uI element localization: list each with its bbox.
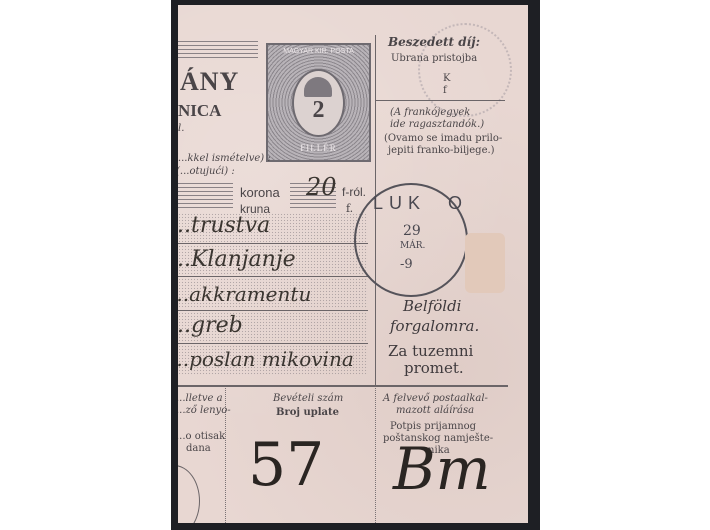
bottom-row-divider <box>178 385 508 387</box>
postmark-month: MÁR. <box>400 241 425 251</box>
stamp-value: 2 <box>294 97 343 124</box>
handwritten-amount: 20 <box>306 173 337 201</box>
korona-label: korona <box>240 185 280 200</box>
address-handwriting-1: ...trustva <box>178 213 270 238</box>
clerk-signature: Bm <box>393 435 491 503</box>
crown-icon <box>304 77 332 97</box>
franking-note-hr-1: (Ovamo se imadu prilo- <box>384 133 502 144</box>
filler-label-hu: f-ról. <box>342 185 366 199</box>
domestic-note-hu-2: forgalomra. <box>390 317 479 335</box>
amount-korona-field <box>178 183 233 208</box>
postmark-day: 29 <box>403 223 421 239</box>
domestic-note-hr-2: promet. <box>404 359 464 377</box>
imprinted-stamp-2-filler: MAGYAR KIR. POSTA 2 FILLÉR <box>266 43 371 162</box>
bottom-col-divider-2 <box>375 388 376 523</box>
franking-note-hr-2: jepiti franko-biljege.) <box>388 145 495 156</box>
signature-label-hr-1: Potpis prijamnog <box>390 421 476 432</box>
col1-hr-2: dana <box>186 443 211 454</box>
franking-note-hu-2: ide ragasztandók.) <box>390 119 484 130</box>
address-line-3 <box>178 310 368 311</box>
receipt-number-label-hu: Bevételi szám <box>273 393 343 404</box>
address-handwriting-2: ...Klanjanje <box>178 247 296 272</box>
stamp-oval: 2 <box>292 69 345 137</box>
address-line-1 <box>178 243 368 244</box>
address-handwriting-3: ...akkramentu <box>178 282 311 306</box>
stamp-bottom-text: FILLÉR <box>268 143 369 153</box>
header-stripes <box>178 41 258 61</box>
repeat-label-hr: (...otujući) : <box>178 166 235 177</box>
title-hungarian: ÁNY <box>180 67 239 97</box>
signature-label-hu-2: mazott aláírása <box>396 405 474 416</box>
postmark-town: LUK O <box>373 193 468 214</box>
subtitle-fragment: l. <box>178 123 184 134</box>
receipt-number-label-hr: Broj uplate <box>276 407 339 418</box>
col1-hu-1: ...lletve a <box>178 393 223 404</box>
col1-hr-1: ...o otisak <box>178 431 225 442</box>
money-order-fragment: ÁNY NICA l. MAGYAR KIR. POSTA 2 FILLÉR B… <box>178 5 528 523</box>
receipt-number-handwritten: 57 <box>248 430 324 500</box>
col1-partial-circle <box>178 465 200 523</box>
stamp-top-text: MAGYAR KIR. POSTA <box>268 48 369 55</box>
address-handwriting-5: ...poslan mikovina <box>178 347 354 371</box>
domestic-note-hu-1: Belföldi <box>403 297 461 315</box>
address-line-2 <box>178 276 368 277</box>
address-line-4 <box>178 343 368 344</box>
repeat-label-hu: (...kkel ismételve) : <box>178 153 271 164</box>
faint-postmark <box>418 23 512 117</box>
signature-label-hu-1: A felvevő postaalkal- <box>383 393 488 404</box>
title-croatian: NICA <box>178 101 221 121</box>
paper-stain <box>465 233 505 293</box>
postmark-year: -9 <box>400 257 413 272</box>
col1-hu-2: ...ző lenyo- <box>178 405 231 416</box>
domestic-note-hr-1: Za tuzemni <box>388 342 473 360</box>
address-handwriting-4: ...greb <box>178 313 243 338</box>
